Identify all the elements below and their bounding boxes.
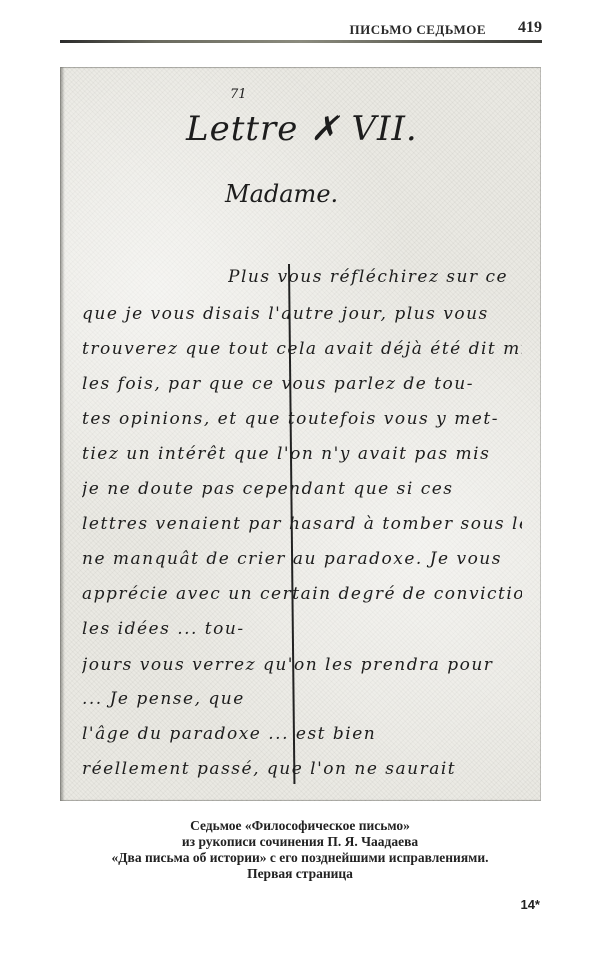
manuscript-facsimile: 71 Lettre ✗ VII. Madame. Plus vous réflé… [60, 67, 541, 801]
manuscript-line: les idées ... tou- [82, 619, 522, 639]
manuscript-line: Plus vous réfléchirez sur ce [228, 267, 518, 287]
manuscript-line: trouverez que tout cela avait déjà été d… [82, 339, 522, 359]
printer-signature-mark: 14* [520, 897, 540, 912]
manuscript-line: réellement passé, que l'on ne saurait [82, 759, 522, 779]
letter-salutation: Madame. [225, 180, 338, 208]
manuscript-line: tiez un intérêt que l'on n'y avait pas m… [82, 444, 522, 464]
running-head: ПИСЬМО СЕДЬМОЕ 419 [60, 18, 542, 42]
manuscript-line: que je vous disais l'autre jour, plus vo… [82, 304, 522, 324]
manuscript-line: apprécie avec un certain degré de convic… [82, 584, 522, 604]
manuscript-line: tes opinions, et que toutefois vous y me… [82, 409, 522, 429]
header-rule [60, 40, 542, 43]
manuscript-line: ne manquât de crier au paradoxe. Je vous [82, 549, 522, 569]
figure-caption: Седьмое «Философическое письмо» из рукоп… [0, 818, 600, 882]
manuscript-line: lettres venaient par hasard à tomber sou… [82, 514, 522, 534]
letter-heading: Lettre ✗ VII. [186, 109, 418, 149]
manuscript-folio-number: 71 [230, 87, 247, 102]
caption-line: Первая страница [0, 866, 600, 882]
manuscript-line: les fois, par que ce vous parlez de tou- [82, 374, 522, 394]
manuscript-line: jours vous verrez qu'on les prendra pour [82, 655, 522, 675]
caption-line: из рукописи сочинения П. Я. Чаадаева [0, 834, 600, 850]
running-title: ПИСЬМО СЕДЬМОЕ [350, 22, 486, 38]
manuscript-line: je ne doute pas cependant que si ces [82, 479, 522, 499]
manuscript-line: ... Je pense, que [82, 689, 522, 709]
page-number: 419 [518, 19, 542, 37]
caption-line: Седьмое «Философическое письмо» [0, 818, 600, 834]
caption-line: «Два письма об истории» с его позднейшим… [0, 850, 600, 866]
manuscript-line: l'âge du paradoxe ... est bien [82, 724, 522, 744]
